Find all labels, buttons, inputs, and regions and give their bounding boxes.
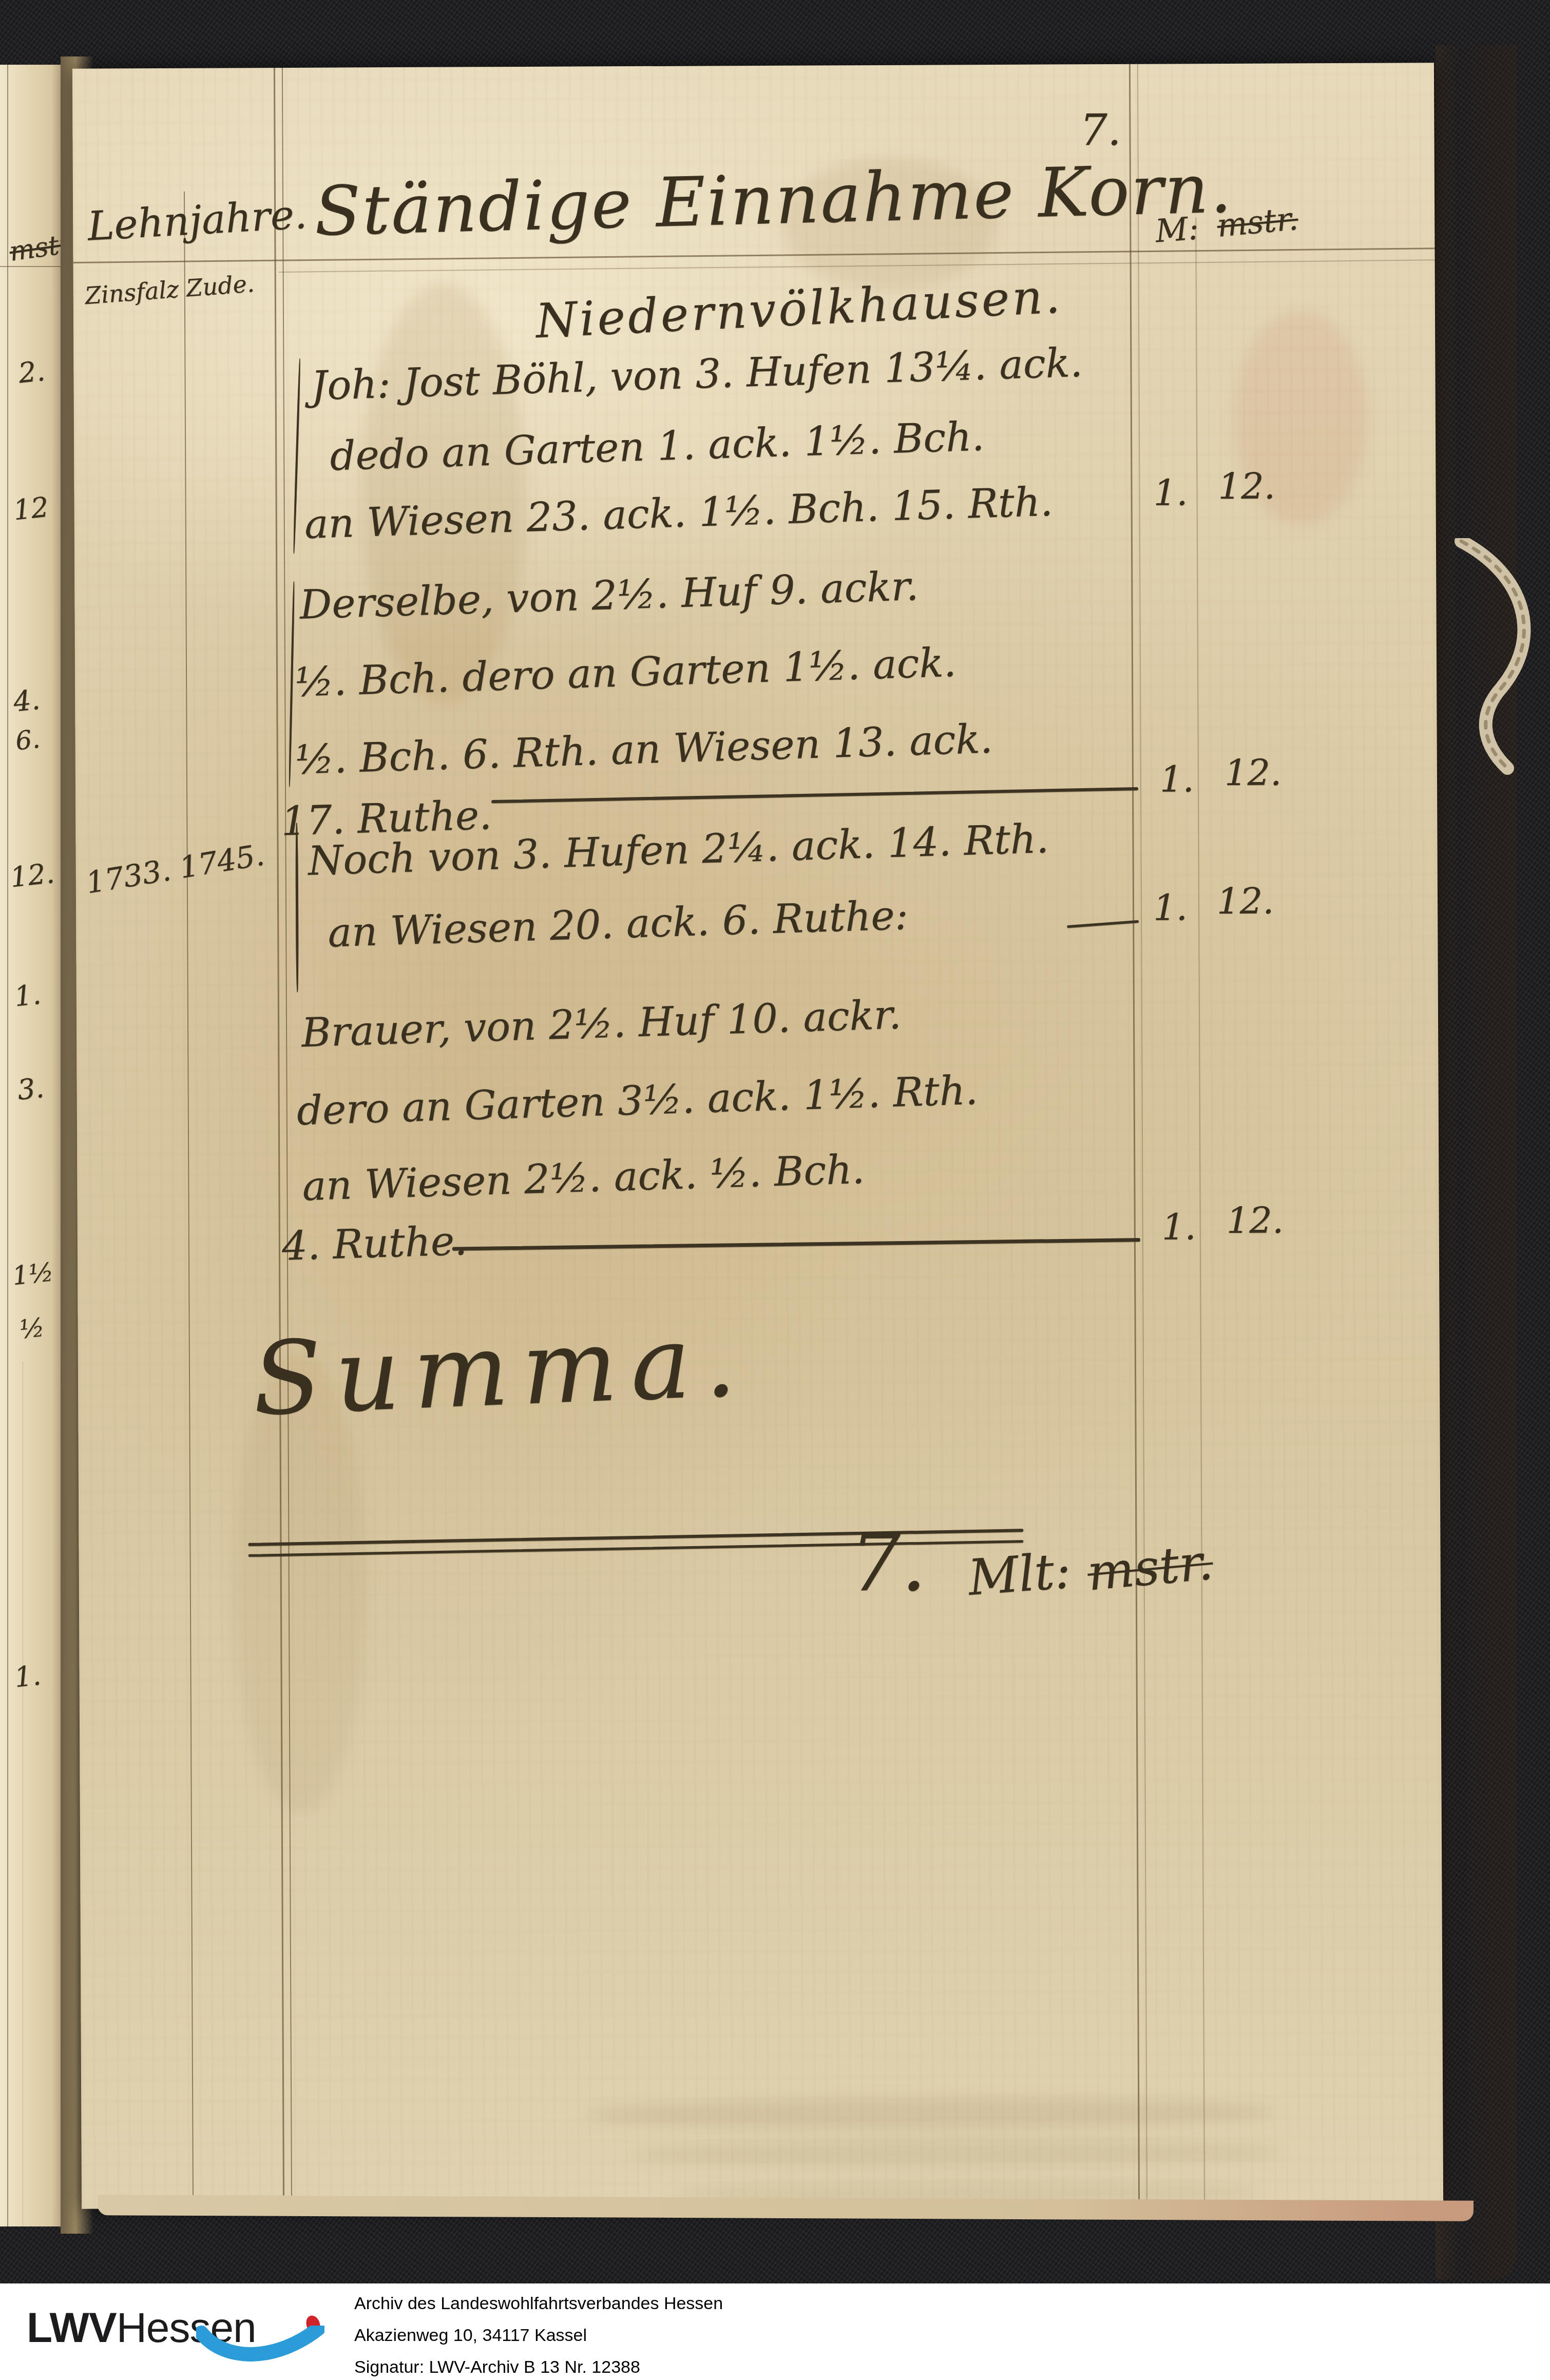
amount-viertel: 12. [1224, 755, 1282, 791]
amount-viertel: 12. [1217, 883, 1274, 919]
archive-address: Akazienweg 10, 34117 Kassel [354, 2319, 723, 2351]
ruled-line [0, 266, 61, 267]
caption-footer: LWVHessen Archiv des Landeswohlfahrtsver… [0, 2283, 1550, 2380]
prev-page-fragment: 12. [9, 860, 55, 892]
bookmark-cord [1452, 538, 1550, 779]
logo-text-bold: LWV [27, 2305, 117, 2351]
summa-label: Summa. [251, 1310, 751, 1430]
prev-page-fragment: 4. [12, 686, 41, 716]
amount-malter: 1. [1160, 761, 1194, 797]
amount-viertel: 12. [1218, 468, 1275, 504]
entry-line: 4. Ruthe. [281, 1221, 468, 1267]
prev-page-fragment: 1. [13, 980, 42, 1011]
total-viertel-unit: mstr. [1085, 1537, 1215, 1598]
prev-page-fragment: 1. [13, 1661, 42, 1691]
page-edge-line [7, 65, 8, 2226]
prev-page-fragment: 6. [14, 726, 42, 754]
total-malter-value: 7. [850, 1522, 927, 1603]
book-fore-edge [1436, 45, 1517, 2280]
logo-blue-swoosh-icon [196, 2326, 324, 2367]
archive-name: Archiv des Landeswohlfahrtsverbandes Hes… [354, 2288, 723, 2319]
previous-page-edge: mstr. 2. 12 4. 6. 12. 1. 3. 1½ ½ 1. [0, 65, 61, 2226]
page-edge-line [23, 1362, 23, 2226]
prev-page-fragment: 2. [17, 357, 46, 387]
prev-page-fragment: 1½ [11, 1259, 55, 1289]
fore-edge-shading [1436, 45, 1517, 2280]
unit-column-header-malter: M: [1154, 212, 1200, 247]
page-number: 7. [1080, 108, 1121, 151]
unit-column-header-viertel: mstr. [1216, 203, 1299, 242]
prev-page-fragment: ½ [18, 1315, 46, 1343]
prev-page-fragment: mstr. [8, 230, 61, 265]
total-malter-unit: Mlt: [966, 1546, 1072, 1603]
manuscript-page: Lehnjahre. Zinsfalz Zude. Ständige Einna… [72, 63, 1443, 2209]
amount-viertel: 12. [1227, 1203, 1284, 1239]
amount-malter: 1. [1153, 474, 1188, 510]
prev-page-fragment: 3. [16, 1074, 45, 1104]
archive-signature: Signatur: LWV-Archiv B 13 Nr. 12388 [354, 2351, 723, 2380]
scanned-archive-image: mstr. 2. 12 4. 6. 12. 1. 3. 1½ ½ 1. [0, 0, 1550, 2380]
amount-malter: 1. [1153, 889, 1188, 925]
margin-header: Lehnjahre. [86, 195, 308, 247]
archive-caption: Archiv des Landeswohlfahrtsverbandes Hes… [354, 2288, 723, 2380]
paper-stain [361, 282, 527, 704]
prev-page-fragment: 12 [12, 493, 50, 525]
amount-malter: 1. [1162, 1209, 1196, 1245]
